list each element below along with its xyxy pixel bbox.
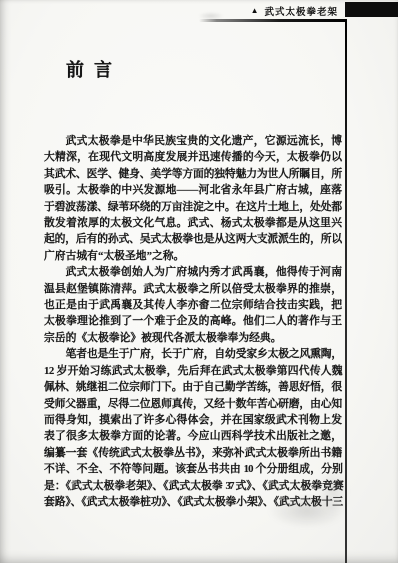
header-rule <box>199 19 346 22</box>
text-line: 武式太极拳创始人为广府城内秀才武禹襄，他得传于河南 <box>44 264 342 280</box>
text-line: 也正是由于武禹襄及其传人李亦畬二位宗师结合技击实践，把 <box>44 297 342 313</box>
text-line: 武式太极拳是中华民族宝贵的文化遗产，它源远流长，博 <box>44 133 342 149</box>
running-header: ▲ 武式太极拳老架 <box>251 4 338 18</box>
text-line: 笔者也是生于广府，长于广府，自幼受家乡太极之风熏陶， <box>44 346 342 362</box>
text-line: 大精深，在现代文明高度发展并迅速传播的今天，太极拳仍以 <box>44 149 342 165</box>
text-line: 太极拳理论推到了一个难于企及的高峰。他们二人的著作与王 <box>44 313 342 329</box>
text-line: 温县赵堡镇陈清萍。武式太极拳之所以倍受太极拳界的推崇， <box>44 281 342 297</box>
text-line: 表了很多太极拳方面的论著。今应山西科学技术出版社之邀， <box>44 428 342 444</box>
text-line: 受师父器重，尽得二位恩师真传，又经十数年苦心研磨，由心知 <box>44 396 342 412</box>
page-title: 前言 <box>66 56 122 83</box>
text-line: 是：《武式太极拳老架》、《武式太极拳 37 式》、《武式太极拳竞赛 <box>44 478 342 494</box>
text-line: 散发着浓厚的太极文化气息。武式、杨式太极拳都是从这里兴 <box>44 215 342 231</box>
text-line: 不详、不全、不符等问题。该套丛书共由 10 个分册组成，分别 <box>44 461 342 477</box>
triangle-icon: ▲ <box>251 7 260 15</box>
running-title: 武式太极拳老架 <box>264 4 338 18</box>
paragraph: 武式太极拳是中华民族宝贵的文化遗产，它源远流长，博大精深，在现代文明高度发展并迅… <box>44 133 342 264</box>
text-line: 而得身知，摸索出了许多心得体会，并在国家级武术刊物上发 <box>44 412 342 428</box>
text-line: 吸引。太极拳的中兴发源地——河北省永年县广府古城，座落 <box>44 182 342 198</box>
text-line: 于碧波荡漾、绿苇环绕的万亩洼淀之中。在这片土地上，处处都 <box>44 199 342 215</box>
paragraph: 武式太极拳创始人为广府城内秀才武禹襄，他得传于河南温县赵堡镇陈清萍。武式太极拳之… <box>44 264 342 346</box>
corner-bar <box>345 2 398 17</box>
text-line: 套路》、《武式太极拳桩功》、《武式太极拳小架》、《武式太极十三 <box>44 494 342 510</box>
text-line: 广府古城有“太极圣地”之称。 <box>44 248 342 264</box>
text-line: 佩林、姚继祖二位宗师门下。由于自己勤学苦练，善思好悟，很 <box>44 379 342 395</box>
text-line: 编纂一套《传统武式太极拳丛书》，来弥补武式太极拳所出书籍 <box>44 445 342 461</box>
text-line: 起的，后有的孙式、吴式太极拳也是从这两大支派派生的，所以 <box>44 231 342 247</box>
text-line: 其武术、医学、健身、美学等方面的独特魅力为世人所瞩目，所 <box>44 166 342 182</box>
body-text: 武式太极拳是中华民族宝贵的文化遗产，它源远流长，博大精深，在现代文明高度发展并迅… <box>44 133 342 510</box>
text-line: 宗岳的《太极拳论》被现代各派太极拳奉为经典。 <box>44 330 342 346</box>
text-line: 12 岁开始习练武式太极拳，先后拜在武式太极拳第四代传人魏 <box>44 363 342 379</box>
paragraph: 笔者也是生于广府，长于广府，自幼受家乡太极之风熏陶，12 岁开始习练武式太极拳，… <box>44 346 342 510</box>
page-edge-rule <box>345 19 347 563</box>
scanned-book-page: ▲ 武式太极拳老架 前言 武式太极拳是中华民族宝贵的文化遗产，它源远流长，博大精… <box>0 0 398 563</box>
